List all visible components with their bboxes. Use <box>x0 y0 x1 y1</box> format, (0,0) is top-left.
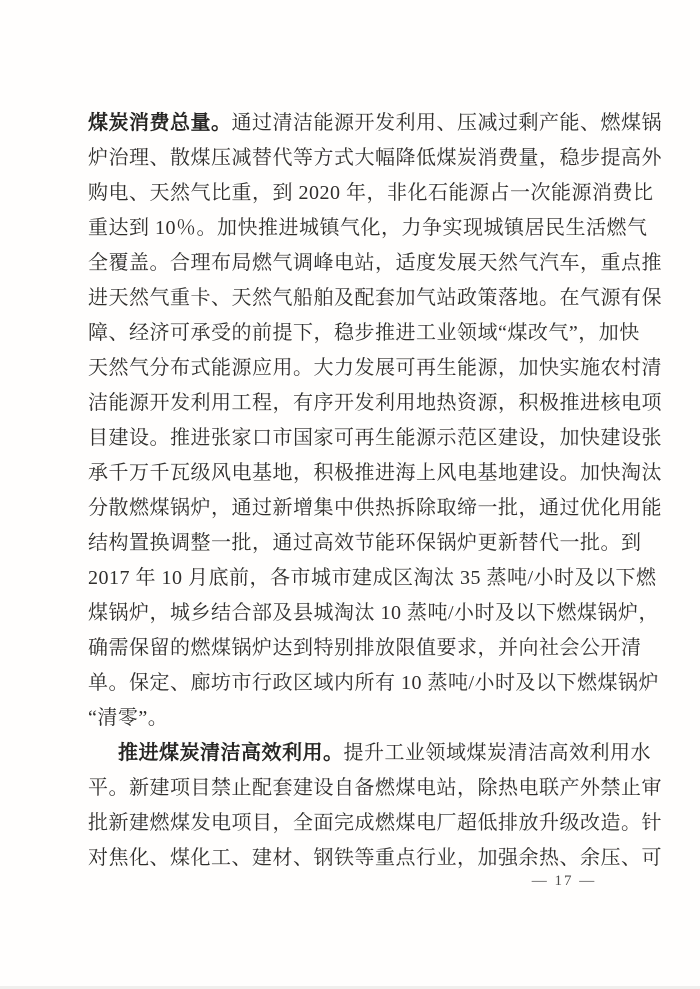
text-line: 煤炭消费总量。通过清洁能源开发利用、压减过剩产能、燃煤锅 <box>88 106 628 141</box>
body-text: 购电、天然气比重，到 2020 年，非化石能源占一次能源消费比 <box>88 182 654 204</box>
body-text: 重达到 10％。加快推进城镇气化，力争实现城镇居民生活燃气 <box>88 217 648 239</box>
body-text: 全覆盖。合理布局燃气调峰电站，适度发展天然气汽车，重点推 <box>88 252 662 274</box>
text-line: 平。新建项目禁止配套建设自备燃煤电站，除热电联产外禁止审 <box>88 771 628 806</box>
body-text: 确需保留的燃煤锅炉达到特别排放限值要求，并向社会公开清 <box>88 637 642 659</box>
body-text: 进天然气重卡、天然气船舶及配套加气站政策落地。在气源有保 <box>88 287 662 309</box>
body-text: 洁能源开发利用工程，有序开发利用地热资源，积极推进核电项 <box>88 392 662 414</box>
body-text: 目建设。推进张家口市国家可再生能源示范区建设，加快建设张 <box>88 427 662 449</box>
body-text: 单。保定、廊坊市行政区域内所有 10 蒸吨/小时及以下燃煤锅炉 <box>88 672 659 694</box>
document-page: 煤炭消费总量。通过清洁能源开发利用、压减过剩产能、燃煤锅炉治理、散煤压减替代等方… <box>0 0 700 989</box>
body-text: 炉治理、散煤压减替代等方式大幅降低煤炭消费量，稳步提高外 <box>88 147 662 169</box>
text-line: 重达到 10％。加快推进城镇气化，力争实现城镇居民生活燃气 <box>88 211 628 246</box>
body-text: 煤锅炉，城乡结合部及县城淘汰 10 蒸吨/小时及以下燃煤锅炉， <box>88 602 659 624</box>
text-line: 分散燃煤锅炉，通过新增集中供热拆除取缔一批，通过优化用能 <box>88 491 628 526</box>
text-line: 全覆盖。合理布局燃气调峰电站，适度发展天然气汽车，重点推 <box>88 246 628 281</box>
text-line: 2017 年 10 月底前，各市城市建成区淘汰 35 蒸吨/小时及以下燃 <box>88 561 628 596</box>
text-line: 单。保定、廊坊市行政区域内所有 10 蒸吨/小时及以下燃煤锅炉 <box>88 666 628 701</box>
text-line: 结构置换调整一批，通过高效节能环保锅炉更新替代一批。到 <box>88 526 628 561</box>
page-number: — 17 — <box>518 870 610 892</box>
body-text: 对焦化、煤化工、建材、钢铁等重点行业，加强余热、余压、可 <box>88 847 662 869</box>
text-line: 洁能源开发利用工程，有序开发利用地热资源，积极推进核电项 <box>88 386 628 421</box>
body-text: 平。新建项目禁止配套建设自备燃煤电站，除热电联产外禁止审 <box>88 777 662 799</box>
body-text: 结构置换调整一批，通过高效节能环保锅炉更新替代一批。到 <box>88 532 642 554</box>
text-line: 确需保留的燃煤锅炉达到特别排放限值要求，并向社会公开清 <box>88 631 628 666</box>
text-line: 煤锅炉，城乡结合部及县城淘汰 10 蒸吨/小时及以下燃煤锅炉， <box>88 596 628 631</box>
body-text: 分散燃煤锅炉，通过新增集中供热拆除取缔一批，通过优化用能 <box>88 497 662 519</box>
text-line: 天然气分布式能源应用。大力发展可再生能源，加快实施农村清 <box>88 351 628 386</box>
document-body-text: 煤炭消费总量。通过清洁能源开发利用、压减过剩产能、燃煤锅炉治理、散煤压减替代等方… <box>88 106 628 876</box>
bold-lead-text: 煤炭消费总量。 <box>88 112 232 134</box>
text-line: 炉治理、散煤压减替代等方式大幅降低煤炭消费量，稳步提高外 <box>88 141 628 176</box>
text-line: 购电、天然气比重，到 2020 年，非化石能源占一次能源消费比 <box>88 176 628 211</box>
text-line: 目建设。推进张家口市国家可再生能源示范区建设，加快建设张 <box>88 421 628 456</box>
body-text: 承千万千瓦级风电基地，积极推进海上风电基地建设。加快淘汰 <box>88 462 662 484</box>
body-text: 2017 年 10 月底前，各市城市建成区淘汰 35 蒸吨/小时及以下燃 <box>88 567 657 589</box>
text-line: 承千万千瓦级风电基地，积极推进海上风电基地建设。加快淘汰 <box>88 456 628 491</box>
text-line: “清零”。 <box>88 701 628 736</box>
text-line: 推进煤炭清洁高效利用。提升工业领域煤炭清洁高效利用水 <box>88 736 628 771</box>
bold-lead-text: 推进煤炭清洁高效利用。 <box>118 742 344 764</box>
body-text: 障、经济可承受的前提下，稳步推进工业领域“煤改气”，加快 <box>88 322 640 344</box>
body-text: 天然气分布式能源应用。大力发展可再生能源，加快实施农村清 <box>88 357 662 379</box>
text-line: 障、经济可承受的前提下，稳步推进工业领域“煤改气”，加快 <box>88 316 628 351</box>
text-line: 批新建燃煤发电项目，全面完成燃煤电厂超低排放升级改造。针 <box>88 806 628 841</box>
body-text: 提升工业领域煤炭清洁高效利用水 <box>344 742 652 764</box>
text-line: 进天然气重卡、天然气船舶及配套加气站政策落地。在气源有保 <box>88 281 628 316</box>
body-text: 通过清洁能源开发利用、压减过剩产能、燃煤锅 <box>232 112 663 134</box>
body-text: “清零”。 <box>88 707 168 729</box>
body-text: 批新建燃煤发电项目，全面完成燃煤电厂超低排放升级改造。针 <box>88 812 662 834</box>
